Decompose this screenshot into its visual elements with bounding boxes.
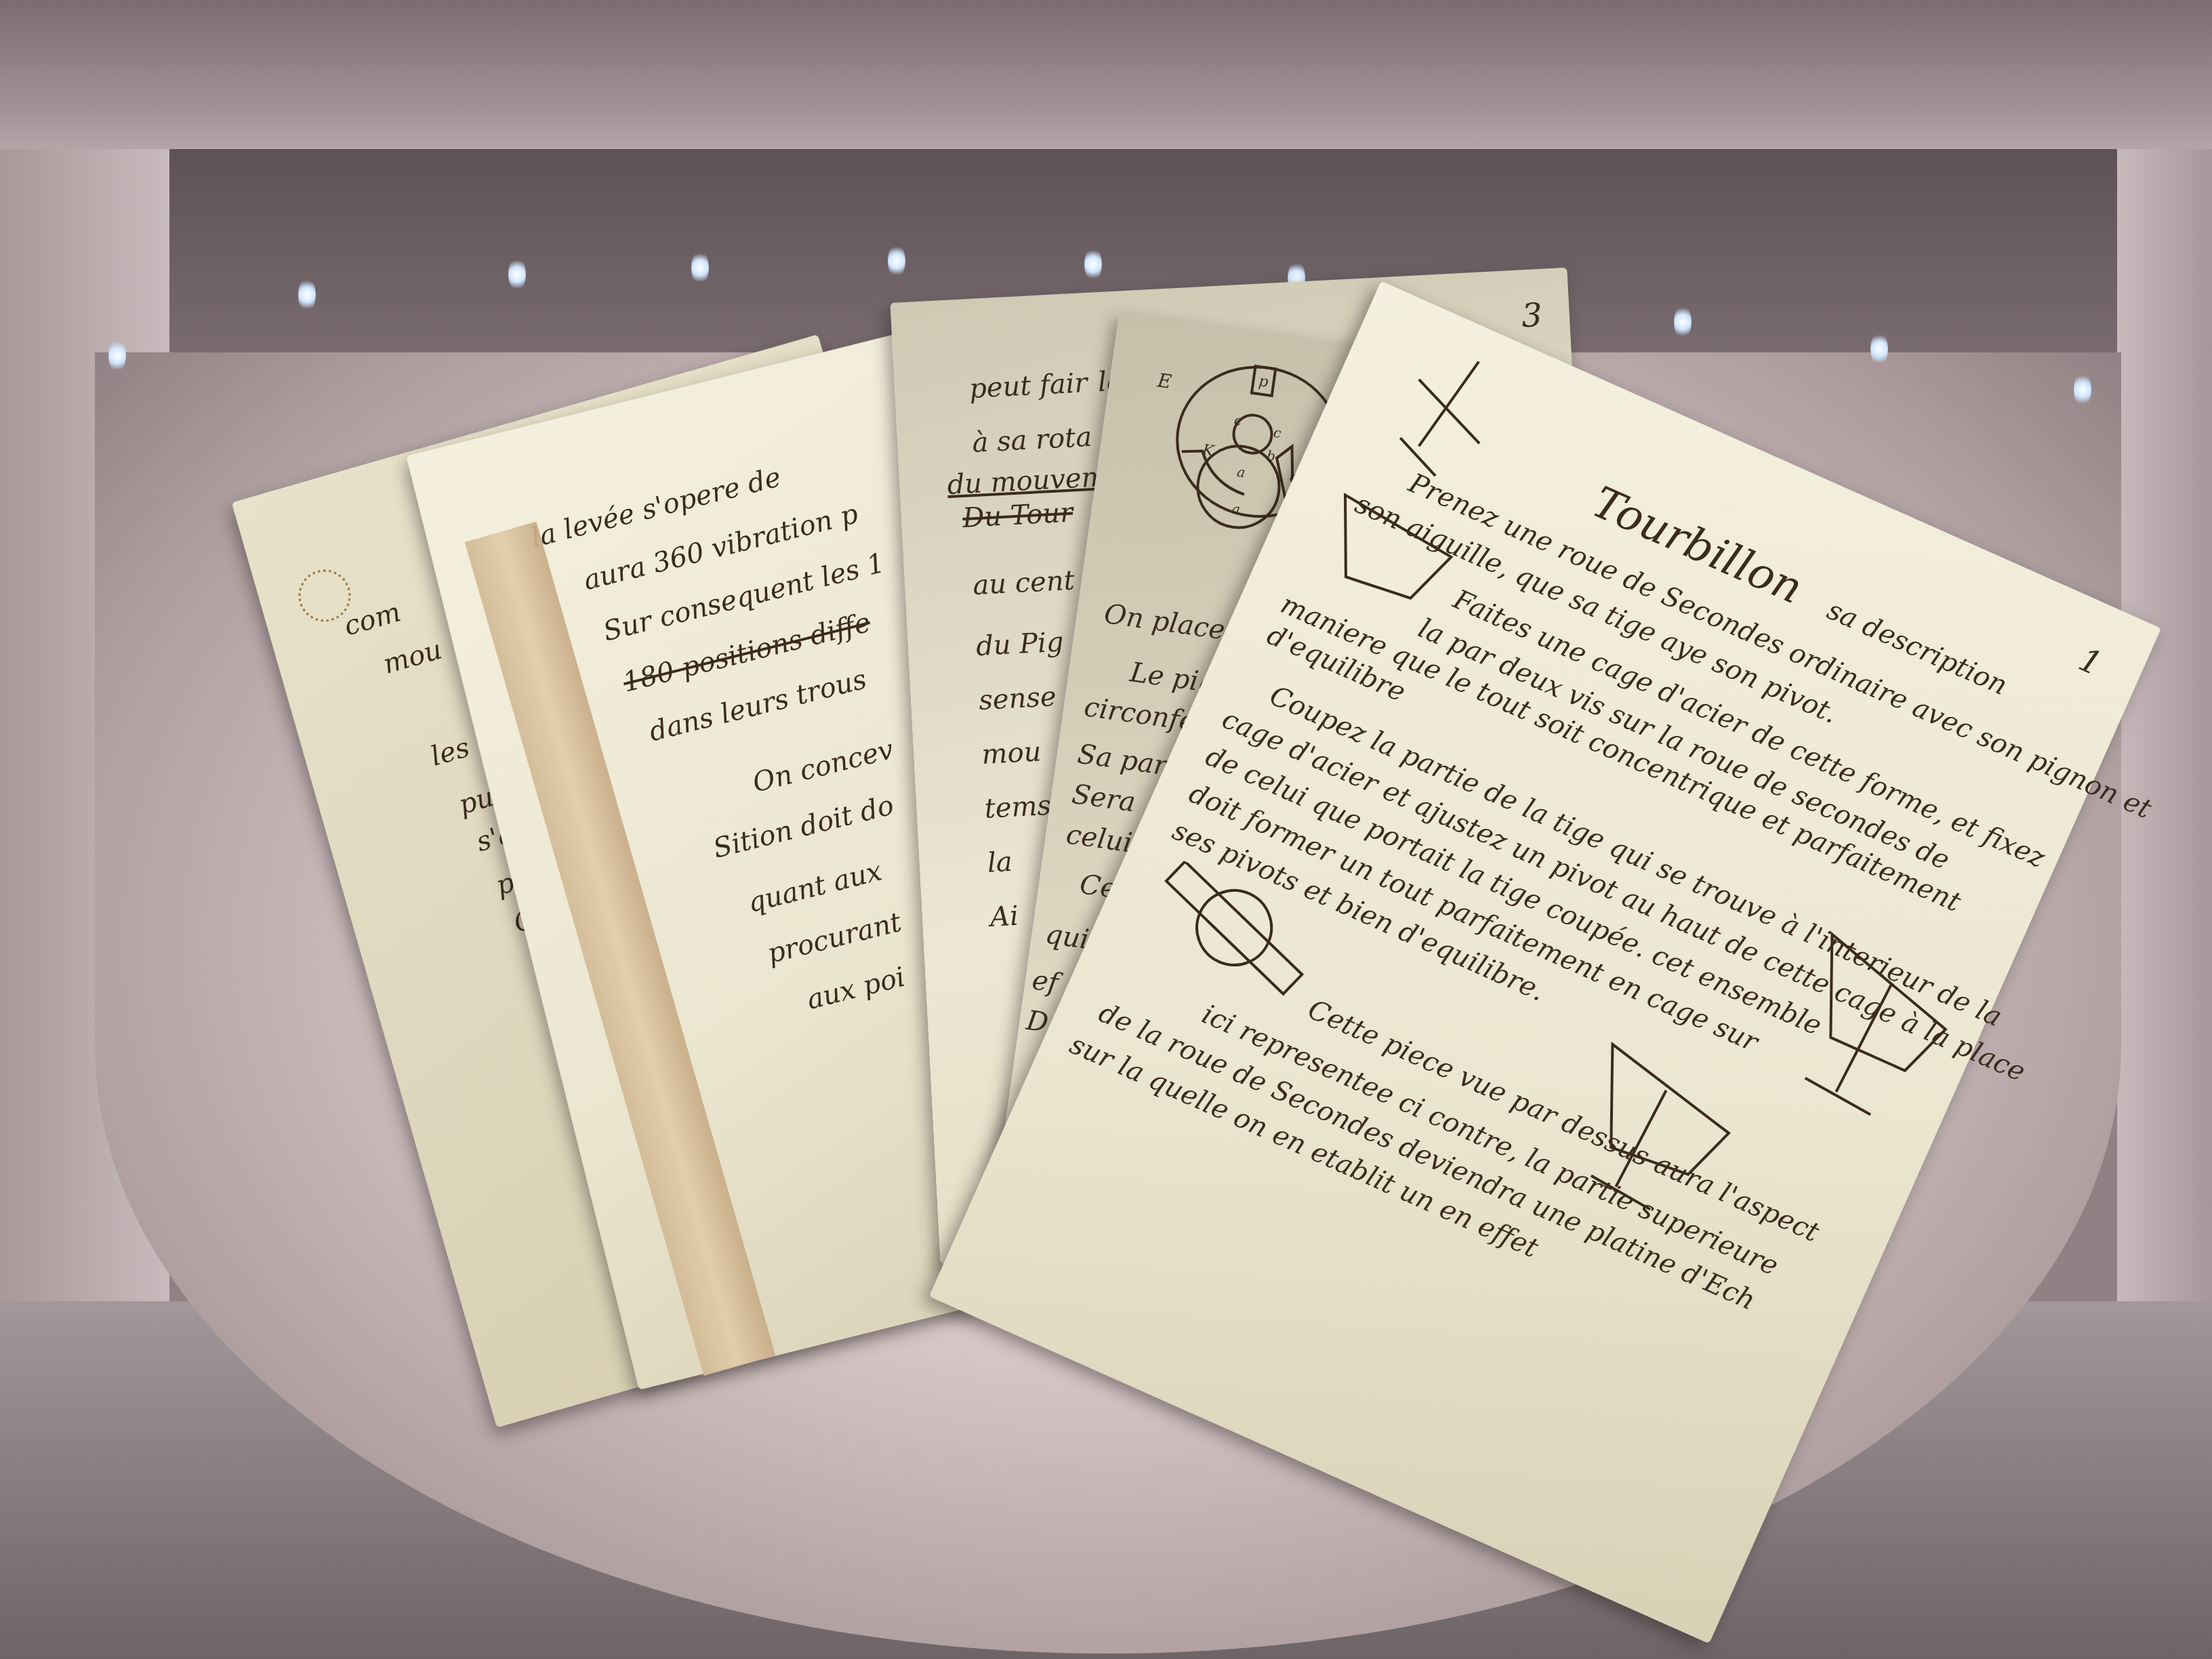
diagram-label: E	[1155, 369, 1173, 393]
page-text-line: com	[341, 596, 405, 642]
page-text-line: au cent	[972, 565, 1075, 601]
binding-string	[298, 569, 351, 622]
led-light-icon	[2074, 373, 2091, 407]
page-text-line: quant aux	[745, 855, 885, 918]
page-text-line: la	[987, 846, 1013, 879]
led-light-icon	[508, 258, 526, 291]
display-case-right-wall	[2117, 149, 2212, 1301]
page-text-line: procurant	[764, 907, 905, 970]
diagram-label: c	[1233, 412, 1242, 429]
page-text-line: à sa rota	[971, 422, 1092, 459]
page-text-line: Ai	[989, 901, 1019, 933]
page-text-line: du Pig	[975, 626, 1065, 662]
diagram-label: p	[1258, 373, 1269, 391]
diagram-label: b	[1266, 447, 1277, 465]
arbor-pivot-drawing	[1371, 331, 1525, 499]
diagram-label: c	[1272, 424, 1282, 441]
led-light-icon	[888, 244, 905, 278]
led-light-icon	[298, 278, 316, 312]
led-light-icon	[108, 339, 126, 373]
led-light-icon	[1674, 305, 1692, 339]
page-text-line: mou	[981, 736, 1042, 771]
led-light-icon	[1870, 332, 1888, 366]
page-text-line: Sera	[1070, 779, 1138, 819]
diagram-label: K	[1201, 442, 1216, 460]
page-text-line: mou	[380, 634, 445, 680]
page-text-line: Sition doit do	[710, 790, 897, 865]
diagram-label: a	[1236, 464, 1246, 480]
page-number: 3	[1521, 296, 1543, 335]
display-case-top	[0, 0, 2212, 156]
page-text-line: tems	[984, 790, 1052, 825]
page-text-line: celui	[1064, 819, 1134, 859]
page-text-line: peut fair	[968, 367, 1088, 405]
page-text-line: sense	[978, 681, 1057, 716]
led-light-icon	[691, 251, 709, 285]
page-text-line: aux poi	[804, 962, 908, 1016]
page-text-line: ef	[1030, 964, 1061, 999]
page-number: 1	[2073, 640, 2108, 684]
page-text-line: On concev	[750, 734, 897, 799]
led-light-icon	[1084, 247, 1102, 281]
page-text-line: Du Tour	[962, 497, 1073, 533]
